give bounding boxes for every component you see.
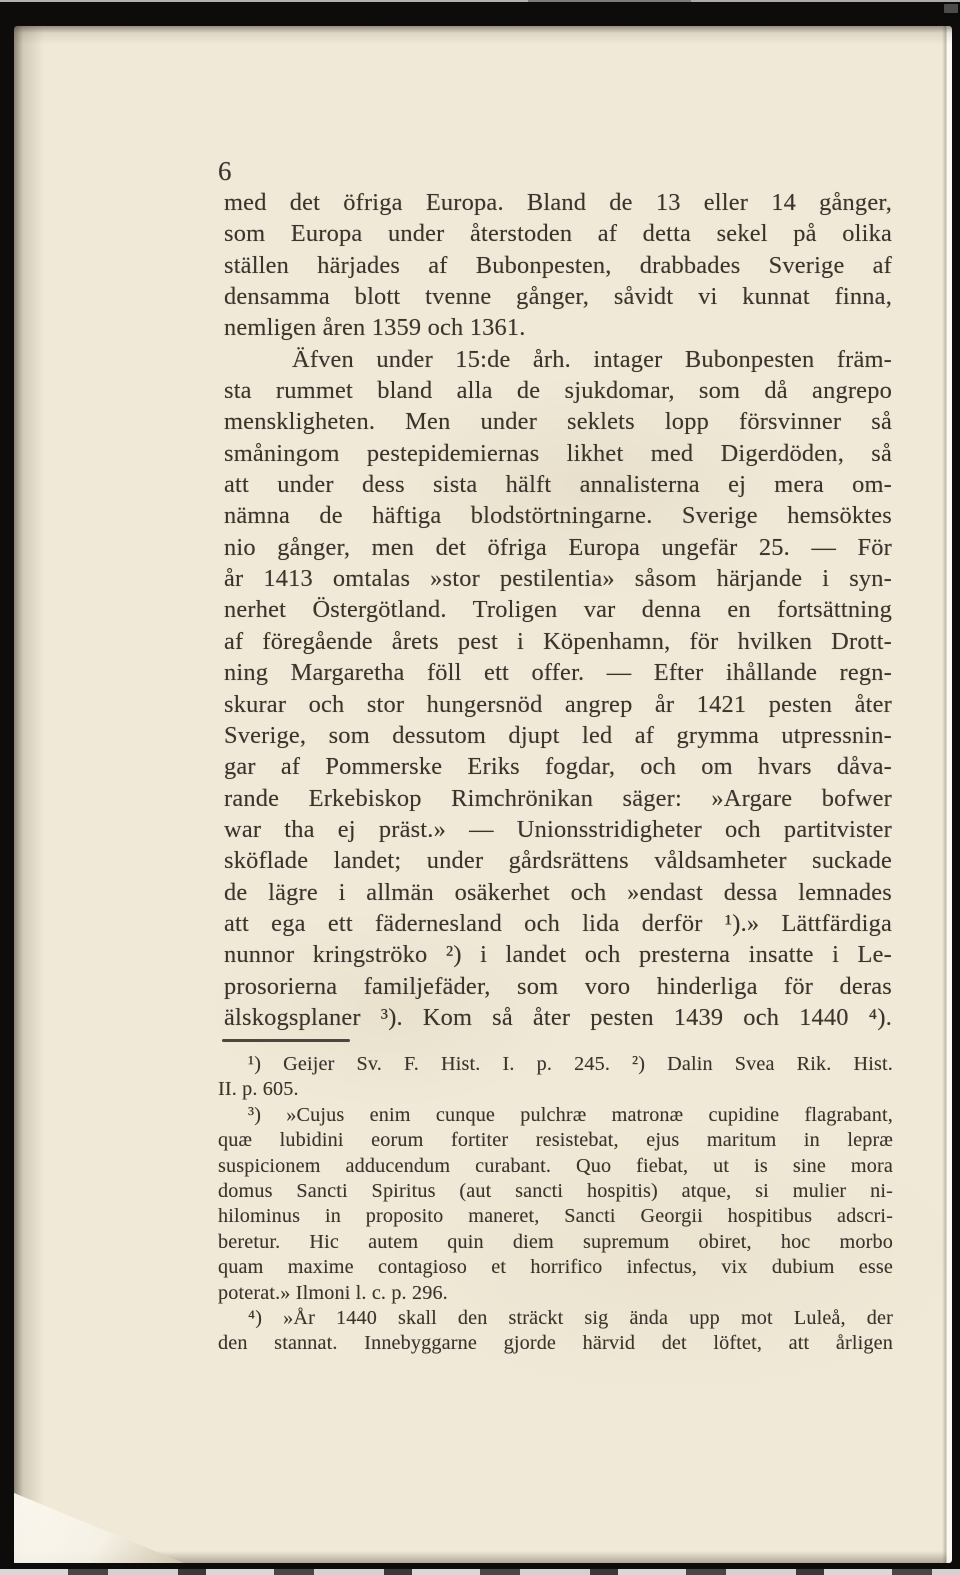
text-line: densamma blott tvenne gånger, såvidt vi … xyxy=(224,281,892,312)
text-line: hilominus in proposito maneret, Sancti G… xyxy=(218,1204,893,1229)
footnote-separator-rule xyxy=(222,1039,350,1042)
book-page-paper: 6 med det öfriga Europa. Bland de 13 ell… xyxy=(14,26,952,1563)
scanner-top-notch xyxy=(944,4,958,13)
text-line: beretur. Hic autem quin diem supremum ob… xyxy=(218,1230,893,1255)
text-line: ⁴) »År 1440 skall den sträckt sig ända u… xyxy=(218,1306,893,1331)
text-line: de lägre i allmän osäkerhet och »endast … xyxy=(224,877,892,908)
text-line: småningom pestepidemiernas likhet med Di… xyxy=(224,438,892,469)
text-line: quam maxime contagioso et horrifico infe… xyxy=(218,1255,893,1280)
page-fold-corner xyxy=(14,1493,184,1563)
text-line: skurar och stor hungersnöd angrep år 142… xyxy=(224,689,892,720)
text-line: sköflade landet; under gårdsrättens våld… xyxy=(224,845,892,876)
text-line: war tha ej präst.» — Unionsstridigheter … xyxy=(224,814,892,845)
text-line: quæ lubidini eorum fortiter resistebat, … xyxy=(218,1128,893,1153)
scanned-book-page: 6 med det öfriga Europa. Bland de 13 ell… xyxy=(0,0,960,1575)
text-line: poterat.» Ilmoni l. c. p. 296. xyxy=(218,1281,893,1306)
text-line: att under dess sista hälft annalisterna … xyxy=(224,469,892,500)
main-text-block: med det öfriga Europa. Bland de 13 eller… xyxy=(224,187,892,1033)
text-line: ning Margaretha föll ett offer. — Efter … xyxy=(224,657,892,688)
text-line: ¹) Geijer Sv. F. Hist. I. p. 245. ²) Dal… xyxy=(218,1052,893,1077)
text-line: II. p. 605. xyxy=(218,1077,893,1102)
text-line: Sverige, som dessutom djupt led af grymm… xyxy=(224,720,892,751)
text-line: suspicionem adducendum curabant. Quo fie… xyxy=(218,1154,893,1179)
text-line: ställen härjades af Bubonpesten, drabbad… xyxy=(224,250,892,281)
text-line: sta rummet bland alla de sjukdomar, som … xyxy=(224,375,892,406)
text-line: domus Sancti Spiritus (aut sancti hospit… xyxy=(218,1179,893,1204)
page-number: 6 xyxy=(218,156,232,187)
text-line: nemligen åren 1359 och 1361. xyxy=(224,312,892,343)
text-line: Äfven under 15:de årh. intager Bubonpest… xyxy=(224,344,892,375)
text-line: rande Erkebiskop Rimchrönikan säger: »Ar… xyxy=(224,783,892,814)
text-line: gar af Pommerske Eriks fogdar, och om hv… xyxy=(224,751,892,782)
text-line: att ega ett fädernesland och lida derför… xyxy=(224,908,892,939)
text-line: som Europa under återstoden af detta sek… xyxy=(224,218,892,249)
text-line: ³) »Cujus enim cunque pulchræ matronæ cu… xyxy=(218,1103,893,1128)
text-line: nio gånger, men det öfriga Europa ungefä… xyxy=(224,532,892,563)
text-line: af föregående årets pest i Köpenhamn, fö… xyxy=(224,626,892,657)
text-line: nunnor kringströko ²) i landet och prest… xyxy=(224,939,892,970)
text-line: nämna de häftiga blodstörtningarne. Sver… xyxy=(224,500,892,531)
text-line: den stannat. Innebyggarne gjorde härvid … xyxy=(218,1331,893,1356)
text-line: prosorierna familjefäder, som voro hinde… xyxy=(224,971,892,1002)
scanner-bottom-strip xyxy=(0,1569,960,1575)
scanner-top-edge xyxy=(0,0,960,2)
text-line: år 1413 omtalas »stor pestilentia» såsom… xyxy=(224,563,892,594)
footnotes-block: ¹) Geijer Sv. F. Hist. I. p. 245. ²) Dal… xyxy=(218,1052,893,1357)
text-line: älskogsplaner ³). Kom så åter pesten 143… xyxy=(224,1002,892,1033)
text-line: med det öfriga Europa. Bland de 13 eller… xyxy=(224,187,892,218)
text-line: nerhet Östergötland. Troligen var denna … xyxy=(224,594,892,625)
text-line: menskligheten. Men under seklets lopp fö… xyxy=(224,406,892,437)
